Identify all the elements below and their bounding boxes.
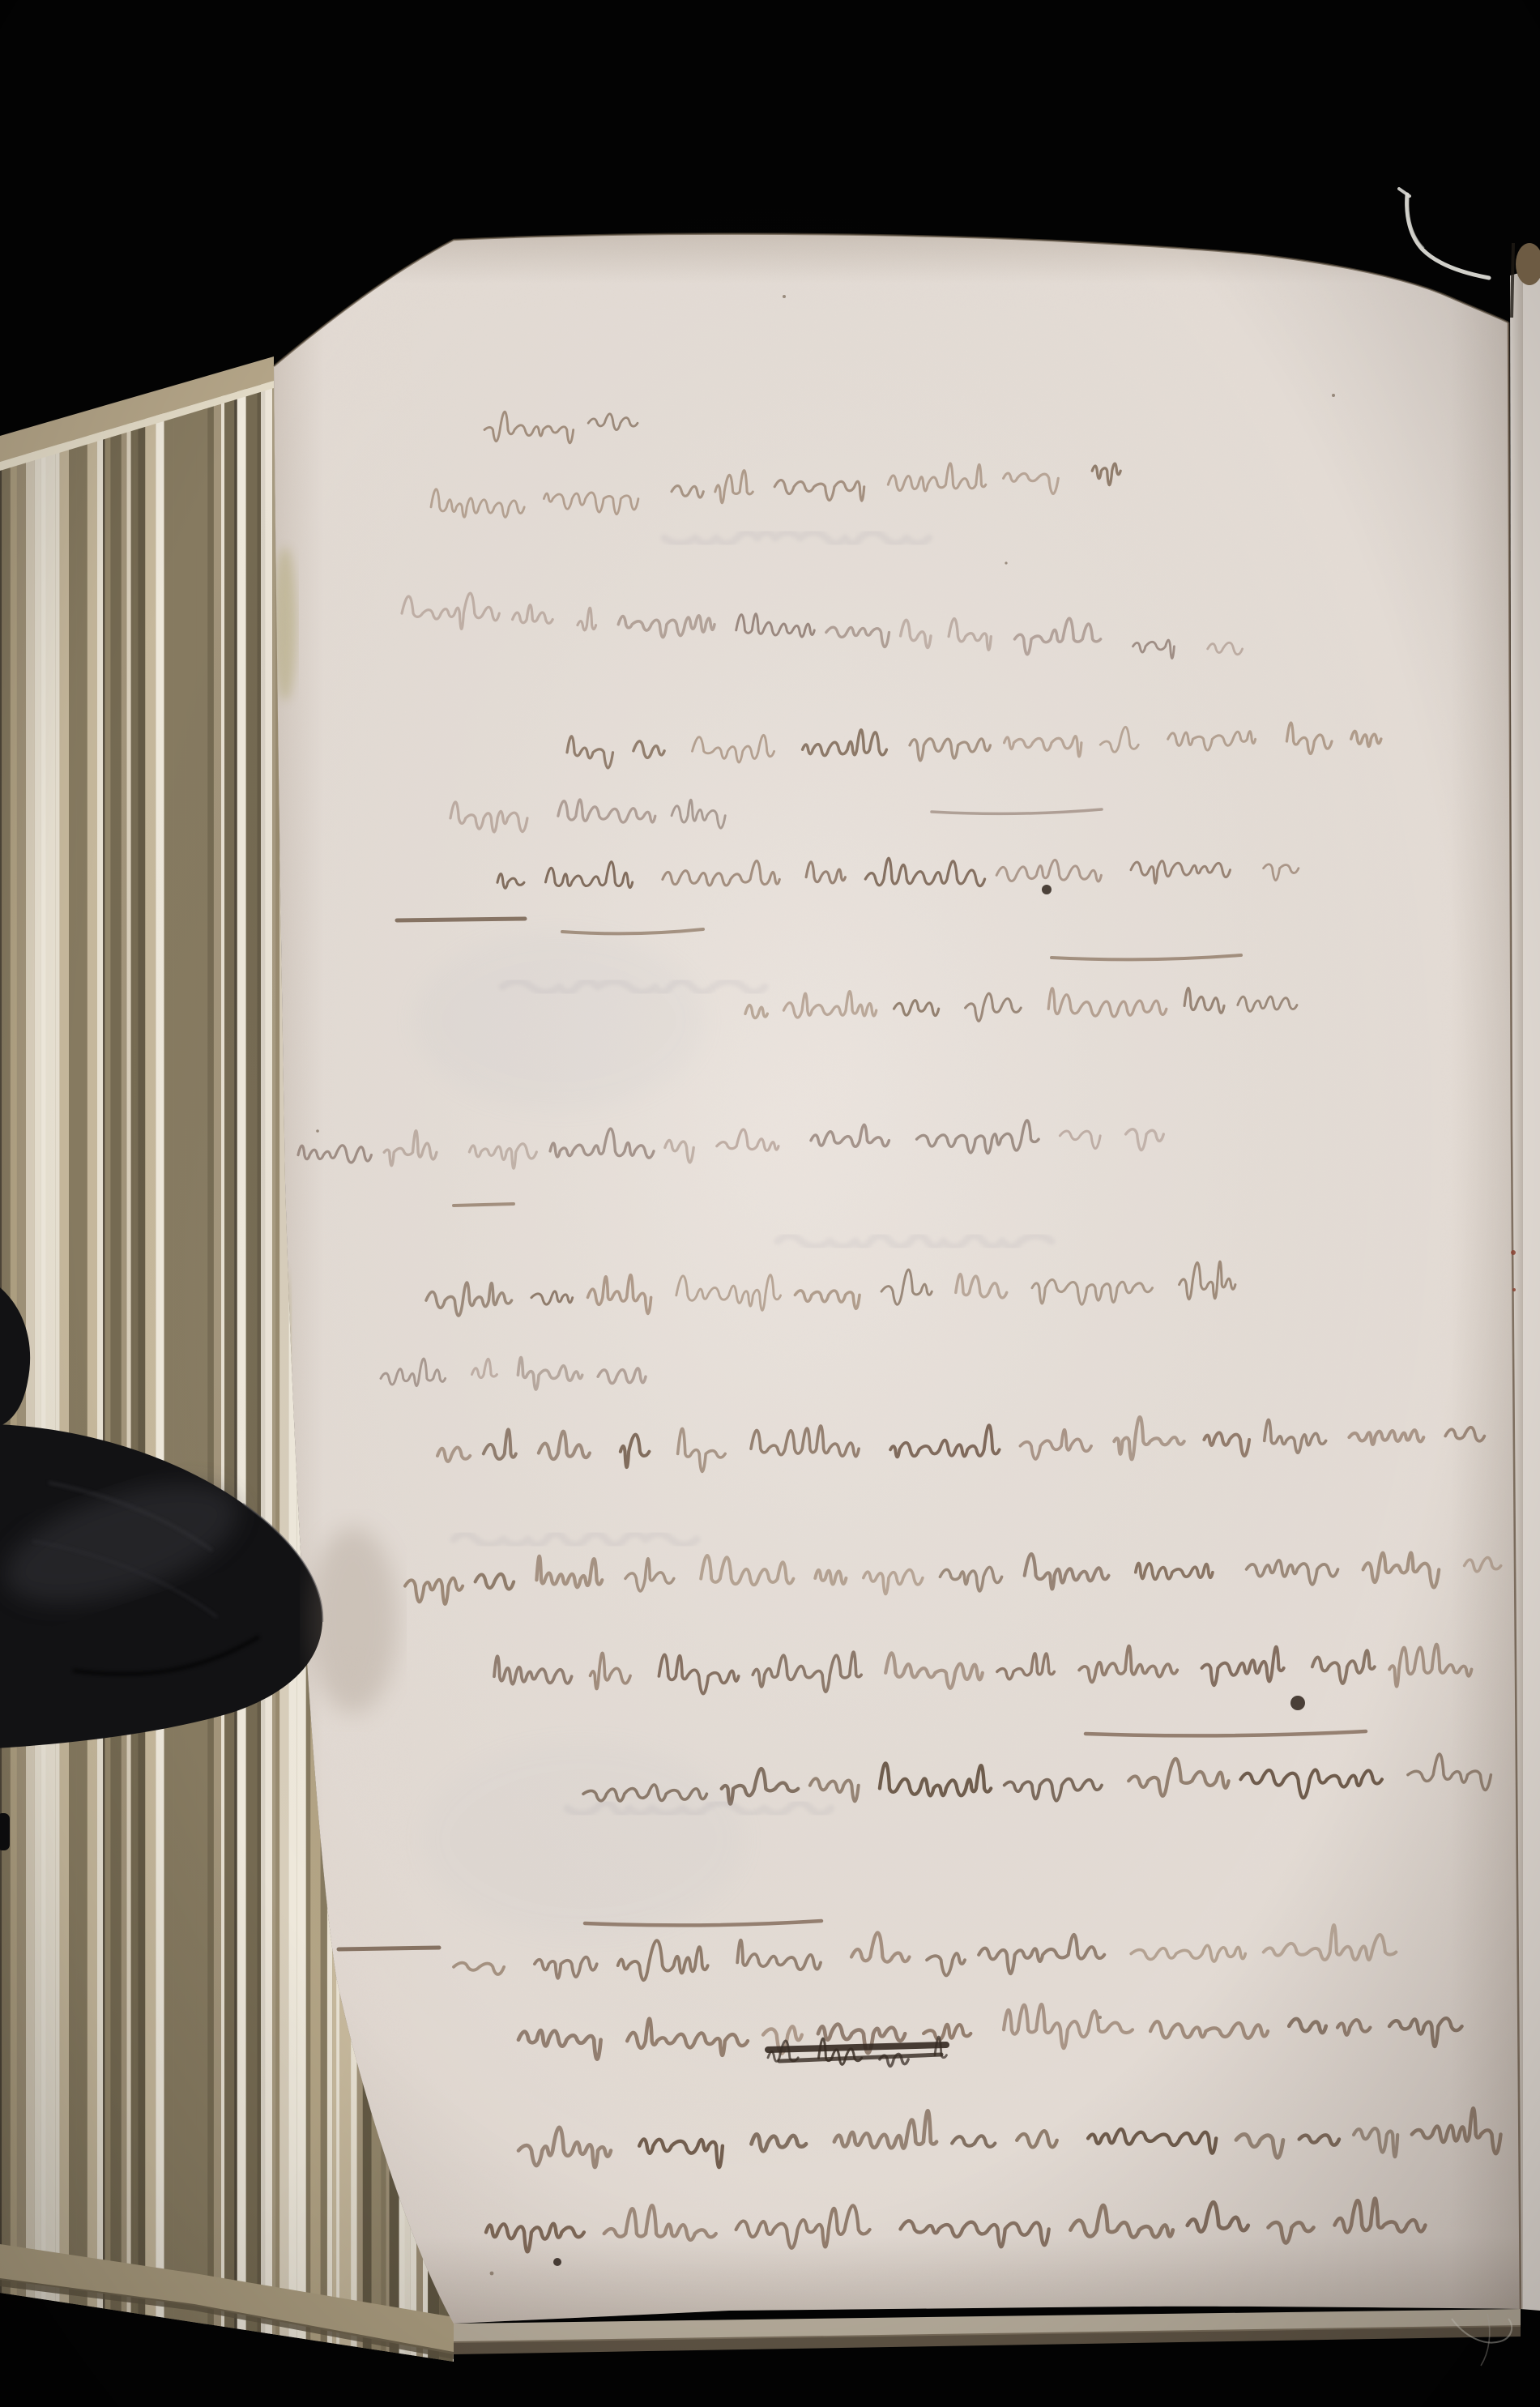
- glove-edge-bit: [0, 1813, 10, 1850]
- corner-crevice: [1512, 243, 1513, 318]
- photo-scene: Photograph of an open pocket notebook pa…: [0, 0, 1540, 2407]
- finger-shadow-on-page: [309, 1527, 398, 1713]
- book-photo-canvas: [0, 0, 1540, 2407]
- vignette: [0, 0, 1540, 2407]
